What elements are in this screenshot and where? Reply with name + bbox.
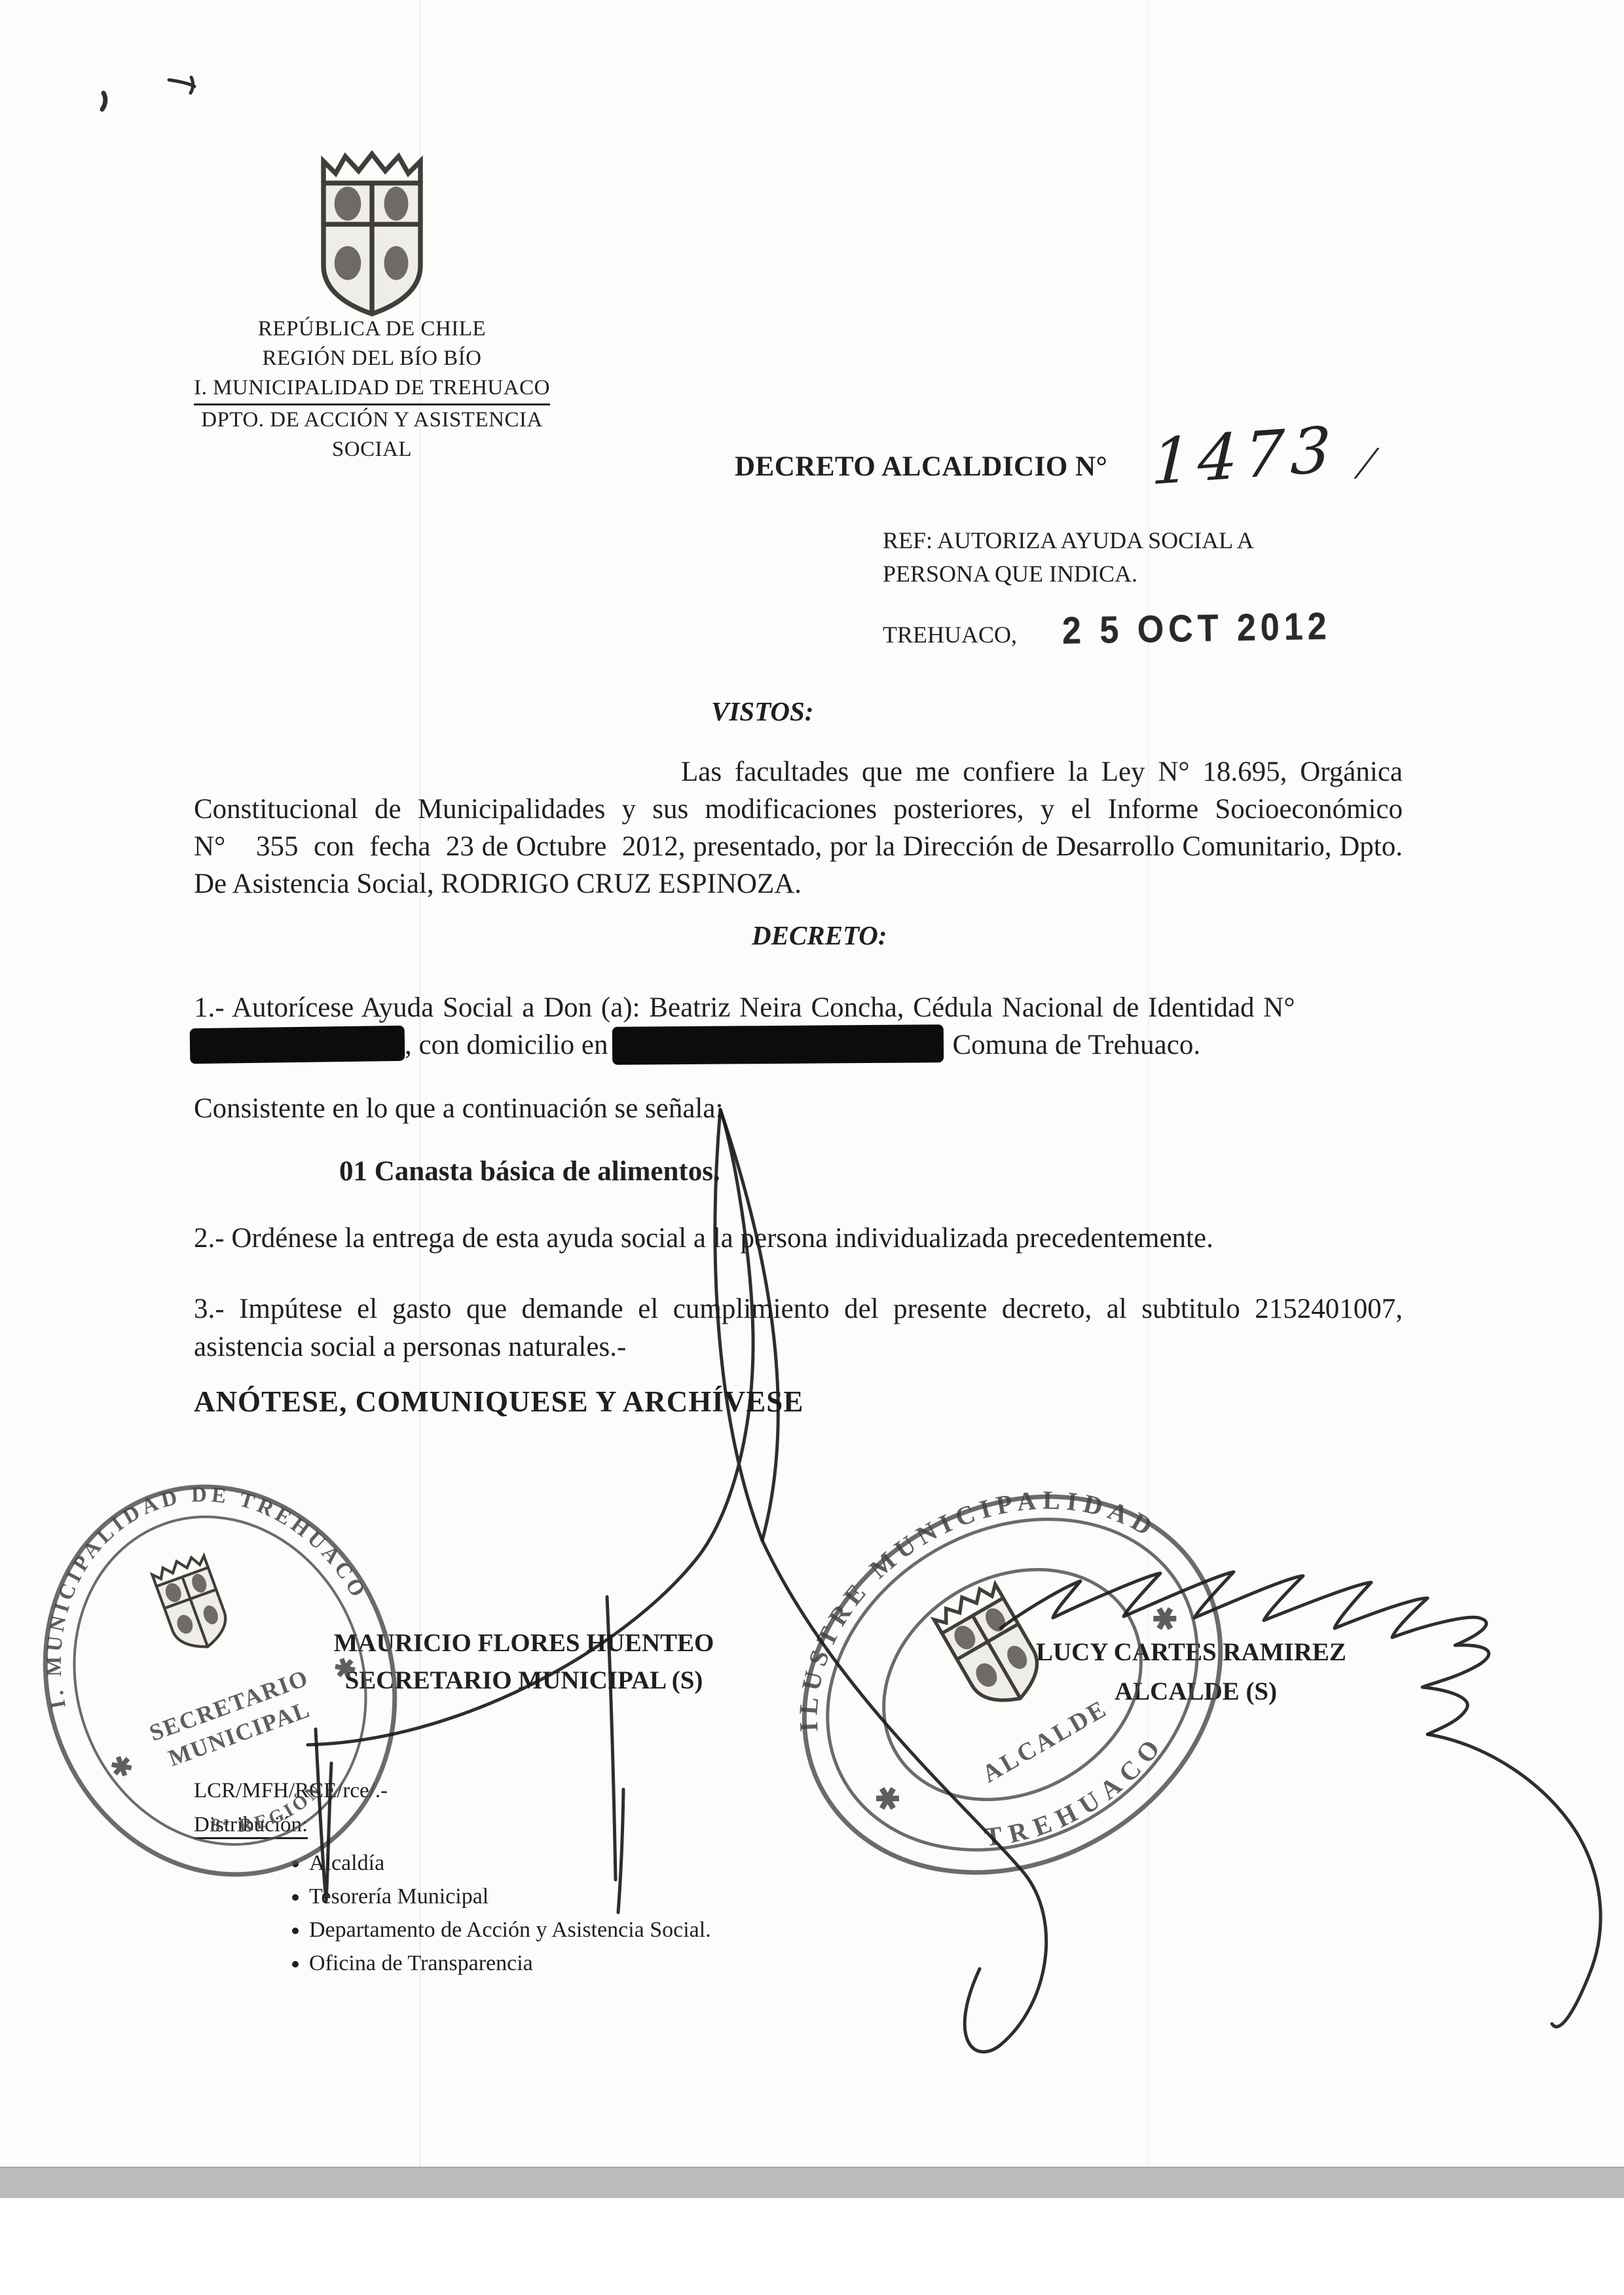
distribution-item: Oficina de Transparencia [309, 1951, 711, 1976]
reference-block: REF: AUTORIZA AYUDA SOCIAL A PERSONA QUE… [883, 524, 1420, 591]
handwritten-slash: / [1353, 438, 1378, 490]
redaction-id-number [190, 1026, 405, 1064]
secretary-name: MAURICIO FLORES HUENTEO [295, 1628, 753, 1658]
stamp-line2: MUNICIPAL [165, 1696, 314, 1771]
handwritten-decree-number: 1473 [1150, 413, 1338, 499]
decree-item1-line1: 1.- Autorícese Ayuda Social a Don (a): B… [194, 992, 1412, 1024]
distribution-list: Alcaldía Tesorería Municipal Departament… [283, 1851, 711, 1985]
stamp-line1: SECRETARIO [146, 1664, 312, 1746]
decreto-label: DECRETO: [752, 920, 887, 951]
letterhead-region: REGIÓN DEL BÍO BÍO [162, 344, 581, 373]
date-stamp: 2 5 OCT 2012 [1061, 605, 1331, 653]
decree-title: DECRETO ALCALDICIO N° [735, 451, 1107, 483]
benefit-line: 01 Canasta básica de alimentos. [339, 1155, 720, 1187]
letterhead: REPÚBLICA DE CHILE REGIÓN DEL BÍO BÍO I.… [162, 314, 581, 464]
stamp-ring-bottom-text: TREHUACO [973, 1723, 1183, 1873]
distribution-item: Alcaldía [309, 1851, 711, 1876]
pen-mark [169, 77, 194, 93]
decree-item3: 3.- Impútese el gasto que demande el cum… [194, 1290, 1403, 1366]
stamp-star-icon: ✱ [869, 1778, 908, 1819]
distribution-label: Distribución: [194, 1813, 308, 1837]
coat-of-arms-icon [323, 154, 420, 314]
paper-fold-line-2 [1147, 0, 1149, 2167]
letterhead-municipality: I. MUNICIPALIDAD DE TREHUACO [194, 373, 550, 405]
pen-mark [102, 93, 105, 109]
stamp-star-icon: ✱ [1146, 1599, 1185, 1640]
secretary-title: SECRETARIO MUNICIPAL (S) [295, 1666, 753, 1695]
scanner-background [0, 2198, 1624, 2295]
consistente-line: Consistente en lo que a continuación se … [194, 1092, 723, 1125]
scan-paper-edge [0, 2167, 1624, 2199]
redaction-address [612, 1024, 943, 1065]
vistos-label: VISTOS: [711, 696, 813, 727]
reference-line1: REF: AUTORIZA AYUDA SOCIAL A [883, 524, 1420, 557]
reference-line2: PERSONA QUE INDICA. [883, 557, 1420, 591]
vistos-paragraph: Las facultades que me confiere la Ley N°… [194, 753, 1403, 903]
distribution-item: Departamento de Acción y Asistencia Soci… [309, 1918, 711, 1943]
decree-item1-end: Comuna de Trehuaco. [953, 1029, 1201, 1061]
mayor-title: ALCALDE (S) [1115, 1677, 1277, 1706]
decree-item1-line2: , con domicilio enComuna de Trehuaco. [190, 1026, 1200, 1064]
stamp-crest-icon [931, 1580, 1051, 1716]
scanned-decree-page: REPÚBLICA DE CHILE REGIÓN DEL BÍO BÍO I.… [0, 0, 1624, 2295]
closing-order: ANÓTESE, COMUNIQUESE Y ARCHÍVESE [194, 1385, 803, 1419]
stamp-office-text: ALCALDE [978, 1694, 1113, 1788]
svg-text:TREHUACO: TREHUACO [973, 1723, 1183, 1873]
stamp-crest-icon [151, 1552, 233, 1656]
signature-stroke-tail [762, 1540, 1046, 2052]
place-label: TREHUACO, [883, 621, 1017, 648]
signature-stroke-mayor-loop [1428, 1734, 1600, 2026]
letterhead-country: REPÚBLICA DE CHILE [162, 314, 581, 344]
initials-line: LCR/MFH/RCE/rce/.- [194, 1779, 388, 1803]
stamp-ring-top-text: ILUSTRE MUNICIPALIDAD [733, 1415, 1170, 1744]
decree-item2: 2.- Ordénese la entrega de esta ayuda so… [194, 1222, 1213, 1254]
letterhead-department: DPTO. DE ACCIÓN Y ASISTENCIA SOCIAL [162, 405, 581, 464]
decree-item1-mid: , con domicilio en [405, 1029, 608, 1061]
stamp-star-icon: ✱ [107, 1749, 138, 1785]
mayor-name: LUCY CARTES RAMIREZ [1036, 1637, 1346, 1667]
svg-text:ILUSTRE MUNICIPALIDAD: ILUSTRE MUNICIPALIDAD [733, 1415, 1170, 1744]
distribution-item: Tesorería Municipal [309, 1884, 711, 1909]
